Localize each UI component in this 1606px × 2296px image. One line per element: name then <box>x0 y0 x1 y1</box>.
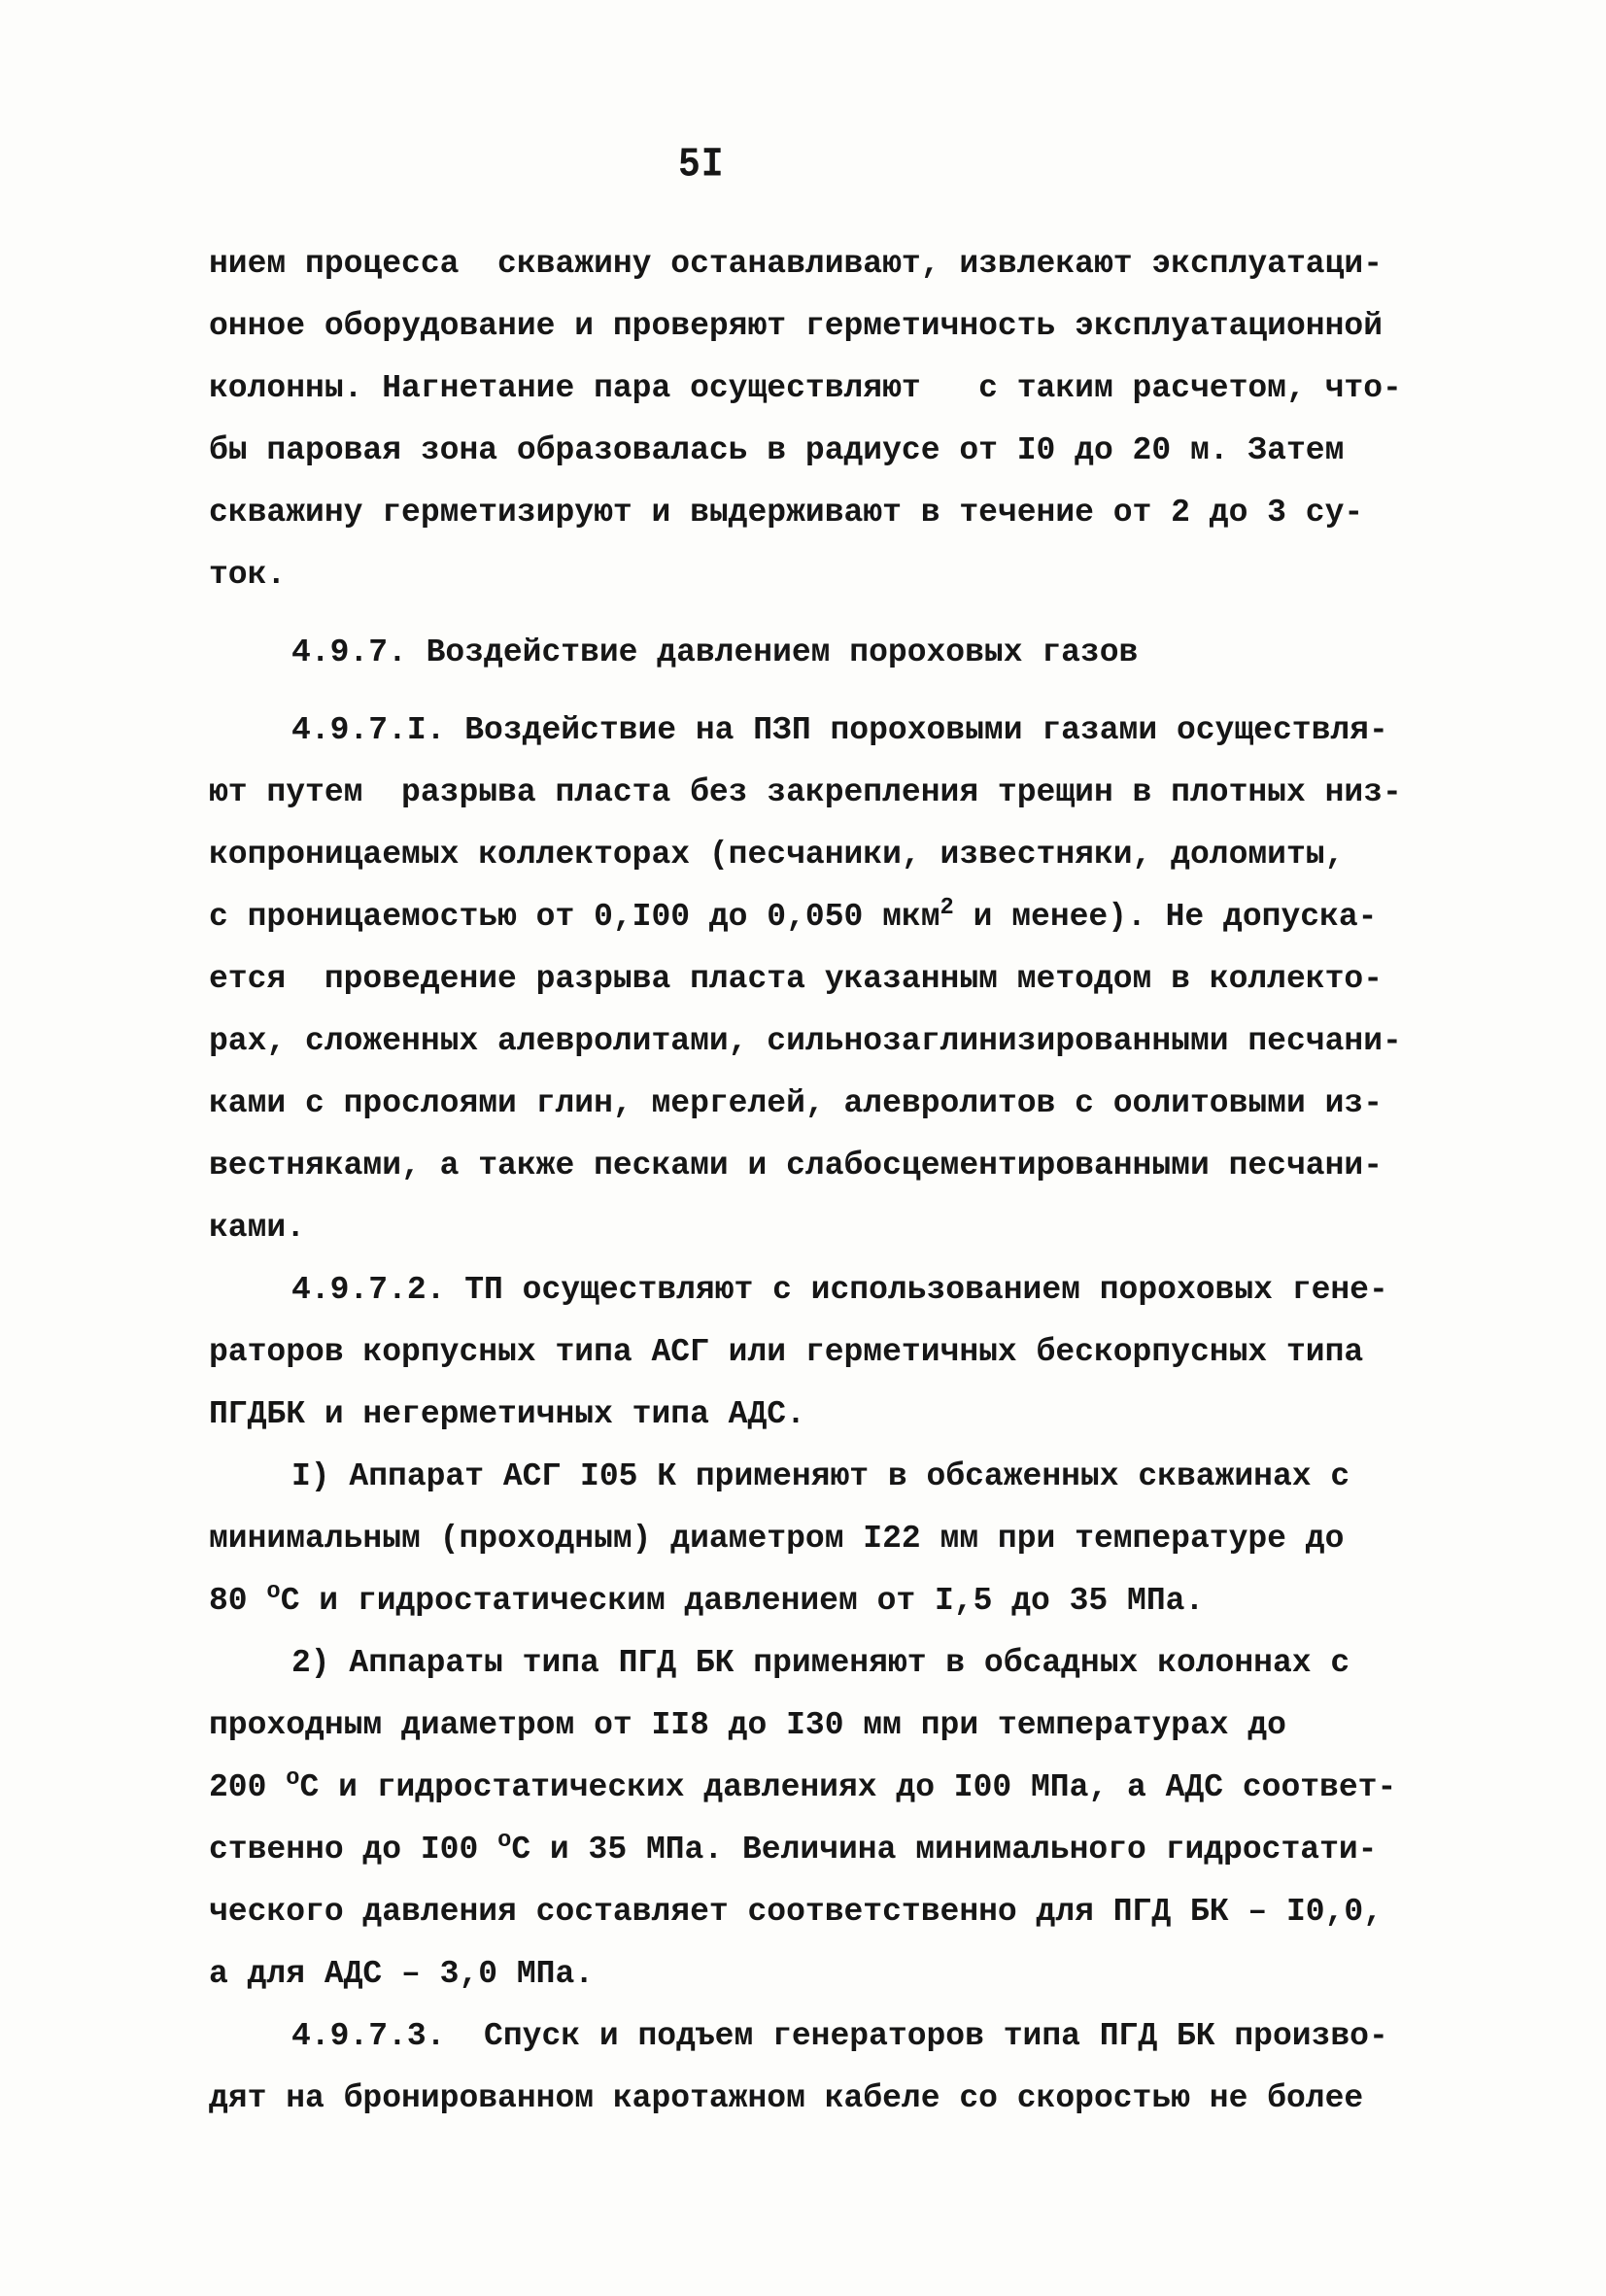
text-line: а для АДС – 3,0 МПа. <box>209 1953 1462 2015</box>
text-line: 4.9.7.I. Воздействие на ПЗП пороховыми г… <box>209 709 1462 771</box>
text-line: ют путем разрыва пласта без закрепления … <box>209 771 1462 834</box>
text-line: проходным диаметром от II8 до I30 мм при… <box>209 1704 1462 1766</box>
text-line: дят на бронированном каротажном кабеле с… <box>209 2077 1462 2140</box>
text-line: 200 оС и гидростатических давлениях до I… <box>209 1766 1462 1829</box>
text-line: нием процесса скважину останавливают, из… <box>209 243 1462 305</box>
text-line: 2) Аппараты типа ПГД БК применяют в обса… <box>209 1642 1462 1704</box>
text-line: рах, сложенных алевролитами, сильнозагли… <box>209 1020 1462 1082</box>
text-line: ками с прослоями глин, мергелей, алеврол… <box>209 1082 1462 1145</box>
text-line: скважину герметизируют и выдерживают в т… <box>209 492 1462 554</box>
text-line: 80 оС и гидростатическим давлением от I,… <box>209 1580 1462 1642</box>
text-line: 4.9.7.3. Спуск и подъем генераторов типа… <box>209 2015 1462 2077</box>
text-line: ками. <box>209 1207 1462 1269</box>
text-line: ственно до I00 оС и 35 МПа. Величина мин… <box>209 1829 1462 1891</box>
text-line: онное оборудование и проверяют герметичн… <box>209 305 1462 367</box>
text-line: 4.9.7.2. ТП осуществляют с использование… <box>209 1269 1462 1331</box>
text-line: раторов корпусных типа АСГ или герметичн… <box>209 1331 1462 1393</box>
text-line: минимальным (проходным) диаметром I22 мм… <box>209 1518 1462 1580</box>
text-block: нием процесса скважину останавливают, из… <box>209 243 1462 2140</box>
text-line: ПГДБК и негерметичных типа АДС. <box>209 1393 1462 1456</box>
page-number: 5I <box>678 142 725 188</box>
text-line: с проницаемостью от 0,I00 до 0,050 мкм2 … <box>209 896 1462 958</box>
text-line: вестняками, а также песками и слабосцеме… <box>209 1145 1462 1207</box>
text-line: копроницаемых коллекторах (песчаники, из… <box>209 834 1462 896</box>
text-line: бы паровая зона образовалась в радиусе о… <box>209 429 1462 492</box>
section-heading-4-9-7: 4.9.7. Воздействие давлением пороховых г… <box>209 632 1462 694</box>
text-line: ток. <box>209 554 1462 616</box>
text-line: I) Аппарат АСГ I05 К применяют в обсажен… <box>209 1456 1462 1518</box>
text-line: колонны. Нагнетание пара осуществляют с … <box>209 367 1462 429</box>
text-line: ческого давления составляет соответствен… <box>209 1891 1462 1953</box>
text-line: ется проведение разрыва пласта указанным… <box>209 958 1462 1020</box>
document-page: 5I нием процесса скважину останавливают,… <box>0 0 1606 2296</box>
